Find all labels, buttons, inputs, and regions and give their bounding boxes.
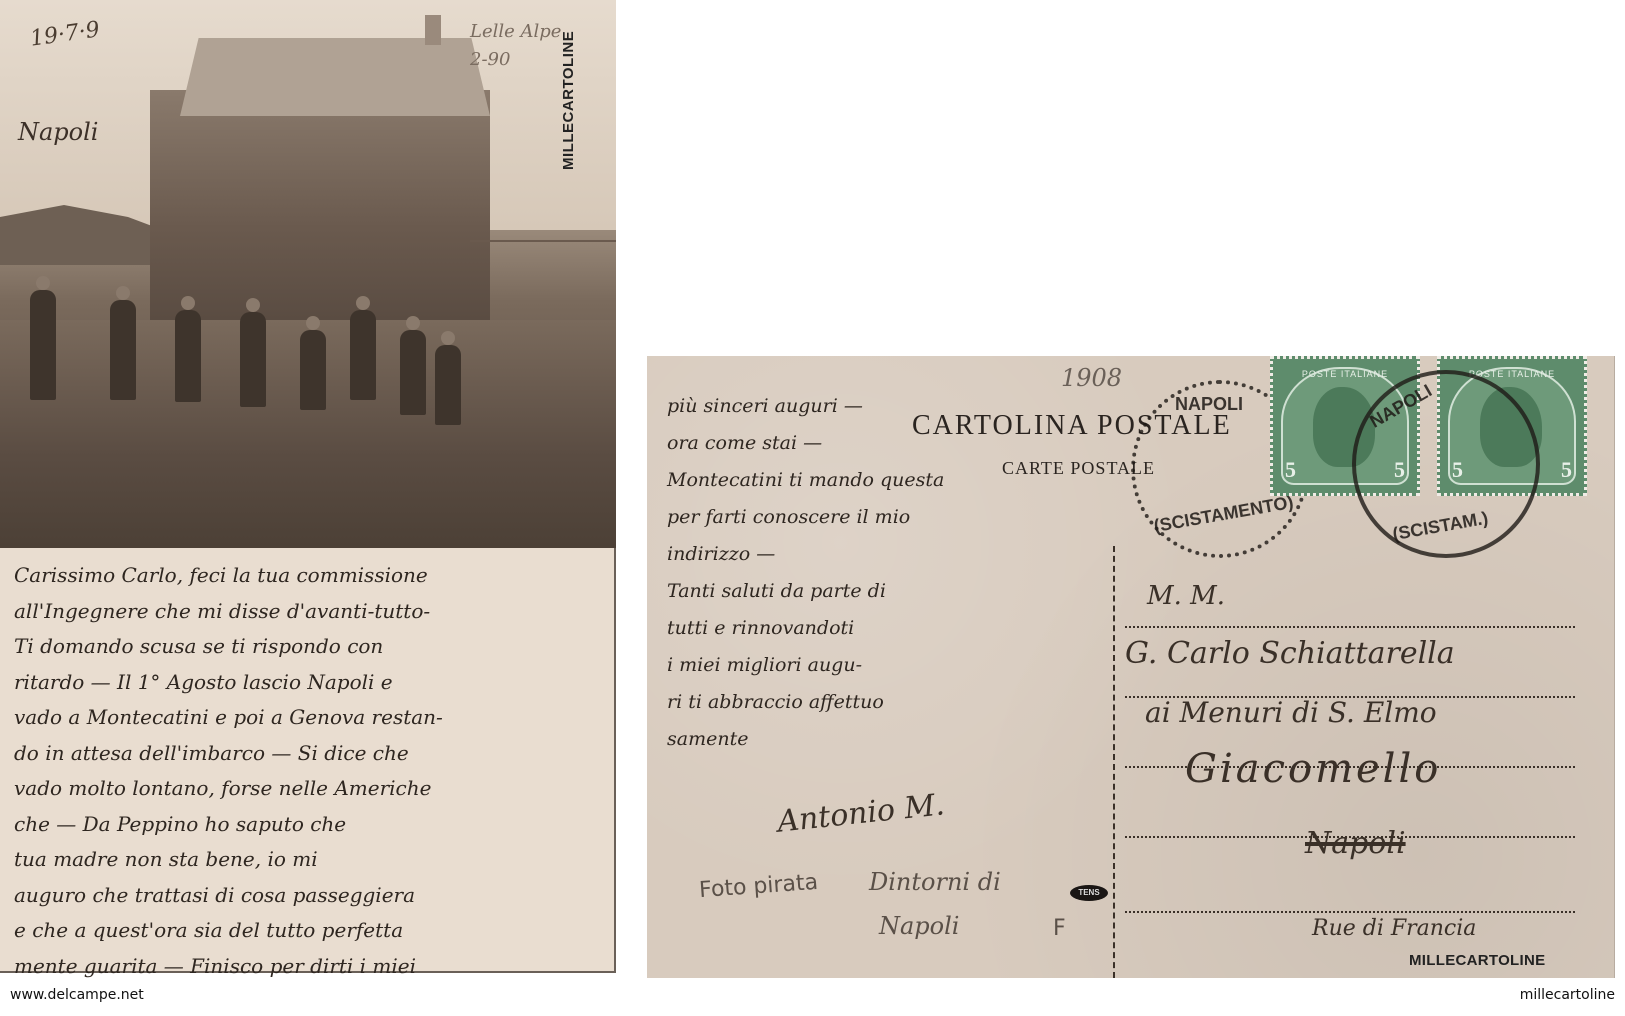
publisher-logo-icon: TENS [1070, 885, 1108, 901]
person-figure [400, 330, 426, 415]
stamp-value: 5 [1561, 457, 1572, 483]
pencil-note: Napoli [879, 912, 959, 940]
letter-line: do in attesa dell'imbarco — Si dice che [14, 736, 604, 772]
stamp-value: 5 [1285, 457, 1296, 483]
address-name: G. Carlo Schiattarella [1125, 636, 1455, 671]
person-figure [175, 310, 201, 402]
letter-line: ritardo — Il 1° Agosto lascio Napoli e [14, 665, 604, 701]
postcard-front: 19·7·9 Napoli Lelle Alpe 2-90 MILLECARTO… [0, 0, 616, 973]
letter-line: vado a Montecatini e poi a Genova restan… [14, 700, 604, 736]
letter-line: Carissimo Carlo, feci la tua commissione [14, 558, 604, 594]
letter-line: Ti domando scusa se ti rispondo con [14, 629, 604, 665]
person-figure [240, 312, 266, 407]
message-line: indirizzo — [667, 536, 1117, 573]
person-figure [30, 290, 56, 400]
chimney [425, 15, 441, 45]
address-salutation: M. M. [1147, 581, 1225, 611]
watermark: MILLECARTOLINE [1409, 952, 1545, 969]
handwritten-city: Napoli [18, 118, 98, 146]
watermark: MILLECARTOLINE [560, 31, 577, 170]
letter-line: auguro che trattasi di cosa passeggiera [14, 878, 604, 914]
signature: Antonio M. [776, 787, 947, 839]
message-line: ri ti abbraccio affettuo [667, 684, 1117, 721]
message-line: i miei migliori augu- [667, 647, 1117, 684]
message-line: Montecatini ti mando questa [667, 462, 1117, 499]
letter-line: che — Da Peppino ho saputo che [14, 807, 604, 843]
pencil-note: F [1053, 916, 1066, 941]
message-address-divider [1113, 546, 1115, 978]
address-line [1125, 626, 1575, 628]
handwritten-letter: Carissimo Carlo, feci la tua commissione… [14, 558, 604, 984]
message-line: più sinceri auguri — [667, 388, 1117, 425]
person-figure [350, 310, 376, 400]
place-note-line: Lelle Alpe [470, 18, 561, 46]
photograph: 19·7·9 Napoli Lelle Alpe 2-90 MILLECARTO… [0, 0, 616, 548]
letter-line: e che a quest'ora sia del tutto perfetta [14, 913, 604, 949]
pencil-note: Dintorni di [869, 868, 1001, 896]
message-line: tutti e rinnovandoti [667, 610, 1117, 647]
site-caption-right: millecartoline [1520, 987, 1615, 1003]
address-struck-city: Napoli [1305, 826, 1406, 861]
address-line [1125, 911, 1575, 913]
address-street-line: ai Menuri di S. Elmo [1145, 696, 1437, 729]
site-caption-left: www.delcampe.net [10, 987, 144, 1003]
chalet-roof [180, 38, 490, 116]
letter-line: all'Ingegnere che mi disse d'avanti-tutt… [14, 594, 604, 630]
letter-line: vado molto lontano, forse nelle Americhe [14, 771, 604, 807]
person-figure [300, 330, 326, 410]
handwritten-place-note: Lelle Alpe 2-90 [470, 18, 561, 74]
pencil-note: Foto pirata [698, 870, 819, 903]
fence [470, 240, 616, 302]
stamp-legend: POSTE ITALIANE [1273, 369, 1417, 379]
message-line: samente [667, 721, 1117, 758]
letter-line: mente guarita — Finisco per dirti i miei [14, 949, 604, 985]
person-figure [435, 345, 461, 425]
chalet-building [150, 90, 490, 320]
message-line: per farti conoscere il mio [667, 499, 1117, 536]
message-line: Tanti saluti da parte di [667, 573, 1117, 610]
person-figure [110, 300, 136, 400]
address-street: Rue di Francia [1312, 916, 1476, 941]
place-note-line: 2-90 [470, 46, 561, 74]
letter-line: tua madre non sta bene, io mi [14, 842, 604, 878]
postcard-back: 1908 CARTOLINA POSTALE CARTE POSTALE NAP… [647, 356, 1615, 978]
address-city: Giacomello [1185, 746, 1441, 792]
handwritten-message: più sinceri auguri — ora come stai — Mon… [667, 388, 1117, 758]
message-line: ora come stai — [667, 425, 1117, 462]
postmark-text: NAPOLI [1175, 394, 1243, 415]
